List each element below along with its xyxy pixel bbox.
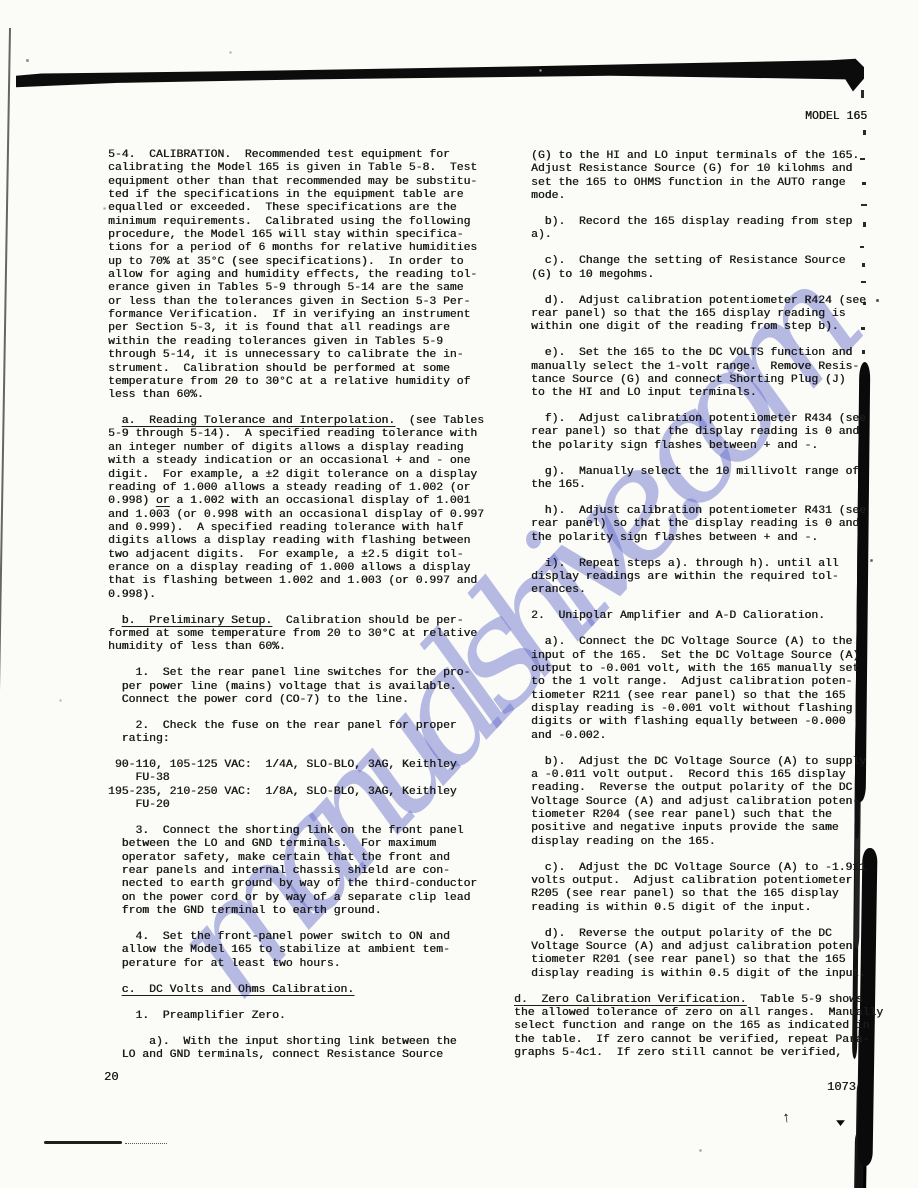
- paragraph: g). Manually select the 10 millivolt ran…: [531, 466, 918, 493]
- paragraph: 5-4. CALIBRATION. Recommended test equip…: [108, 149, 508, 403]
- scan-artifact-specks: [0, 0, 1, 1]
- paragraph: a). Connect the DC Voltage Source (A) to…: [531, 636, 918, 743]
- scanned-manual-page: ↑ ▾ manualshive.com MODEL 165 5-4. CALIB…: [0, 0, 918, 1188]
- page-number: 20: [104, 1070, 118, 1084]
- paragraph: a. Reading Tolerance and Interpolation. …: [108, 415, 508, 602]
- paragraph: 1. Set the rear panel line switches for …: [108, 667, 508, 707]
- paragraph: 4. Set the front-panel power switch to O…: [108, 931, 508, 971]
- paragraph: 90-110, 105-125 VAC: 1/4A, SLO-BLO, 3AG,…: [108, 759, 508, 812]
- paragraph: (G) to the HI and LO input terminals of …: [531, 150, 918, 203]
- paragraph: b). Adjust the DC Voltage Source (A) to …: [531, 756, 918, 849]
- paragraph: 2. Unipolar Amplifier and A-D Calioratio…: [531, 610, 918, 623]
- scan-mark-up-arrow: ↑: [781, 1109, 792, 1127]
- scan-artifact-top-bar: [16, 57, 864, 93]
- left-text-column: 5-4. CALIBRATION. Recommended test equip…: [108, 149, 508, 1075]
- paragraph: 2. Check the fuse on the rear panel for …: [108, 720, 508, 747]
- paragraph: b). Record the 165 display reading from …: [531, 216, 918, 243]
- paragraph: d. Zero Calibration Verification. Table …: [514, 994, 918, 1061]
- paragraph: c). Change the setting of Resistance Sou…: [531, 255, 918, 282]
- paragraph: i). Repeat steps a). through h). until a…: [531, 558, 918, 598]
- scan-artifact-left-edge-line: [0, 28, 11, 1178]
- paragraph: c. DC Volts and Ohms Calibration.: [108, 984, 508, 997]
- scan-artifact-bottom-line: [44, 1141, 122, 1144]
- scan-artifact-bottom-dots: [125, 1143, 167, 1144]
- scan-mark-down-arrow: ▾: [834, 1113, 848, 1132]
- paragraph: 3. Connect the shorting link on the fron…: [108, 825, 508, 918]
- paragraph: d). Reverse the output polarity of the D…: [531, 928, 918, 981]
- paragraph: a). With the input shorting link between…: [108, 1036, 508, 1063]
- document-number: 1073: [827, 1080, 856, 1094]
- page-header-model: MODEL 165: [805, 110, 867, 123]
- paragraph: b. Preliminary Setup. Calibration should…: [108, 615, 508, 655]
- paragraph: f). Adjust calibration potentiometer R43…: [531, 413, 918, 453]
- paragraph: c). Adjust the DC Voltage Source (A) to …: [531, 862, 918, 915]
- paragraph: h). Adjust calibration potentiometer R43…: [531, 505, 918, 545]
- paragraph: e). Set the 165 to the DC VOLTS function…: [531, 347, 918, 400]
- paragraph: d). Adjust calibration potentiometer R42…: [531, 295, 918, 335]
- paragraph: 1. Preamplifier Zero.: [108, 1010, 508, 1023]
- right-text-column: (G) to the HI and LO input terminals of …: [531, 150, 918, 1073]
